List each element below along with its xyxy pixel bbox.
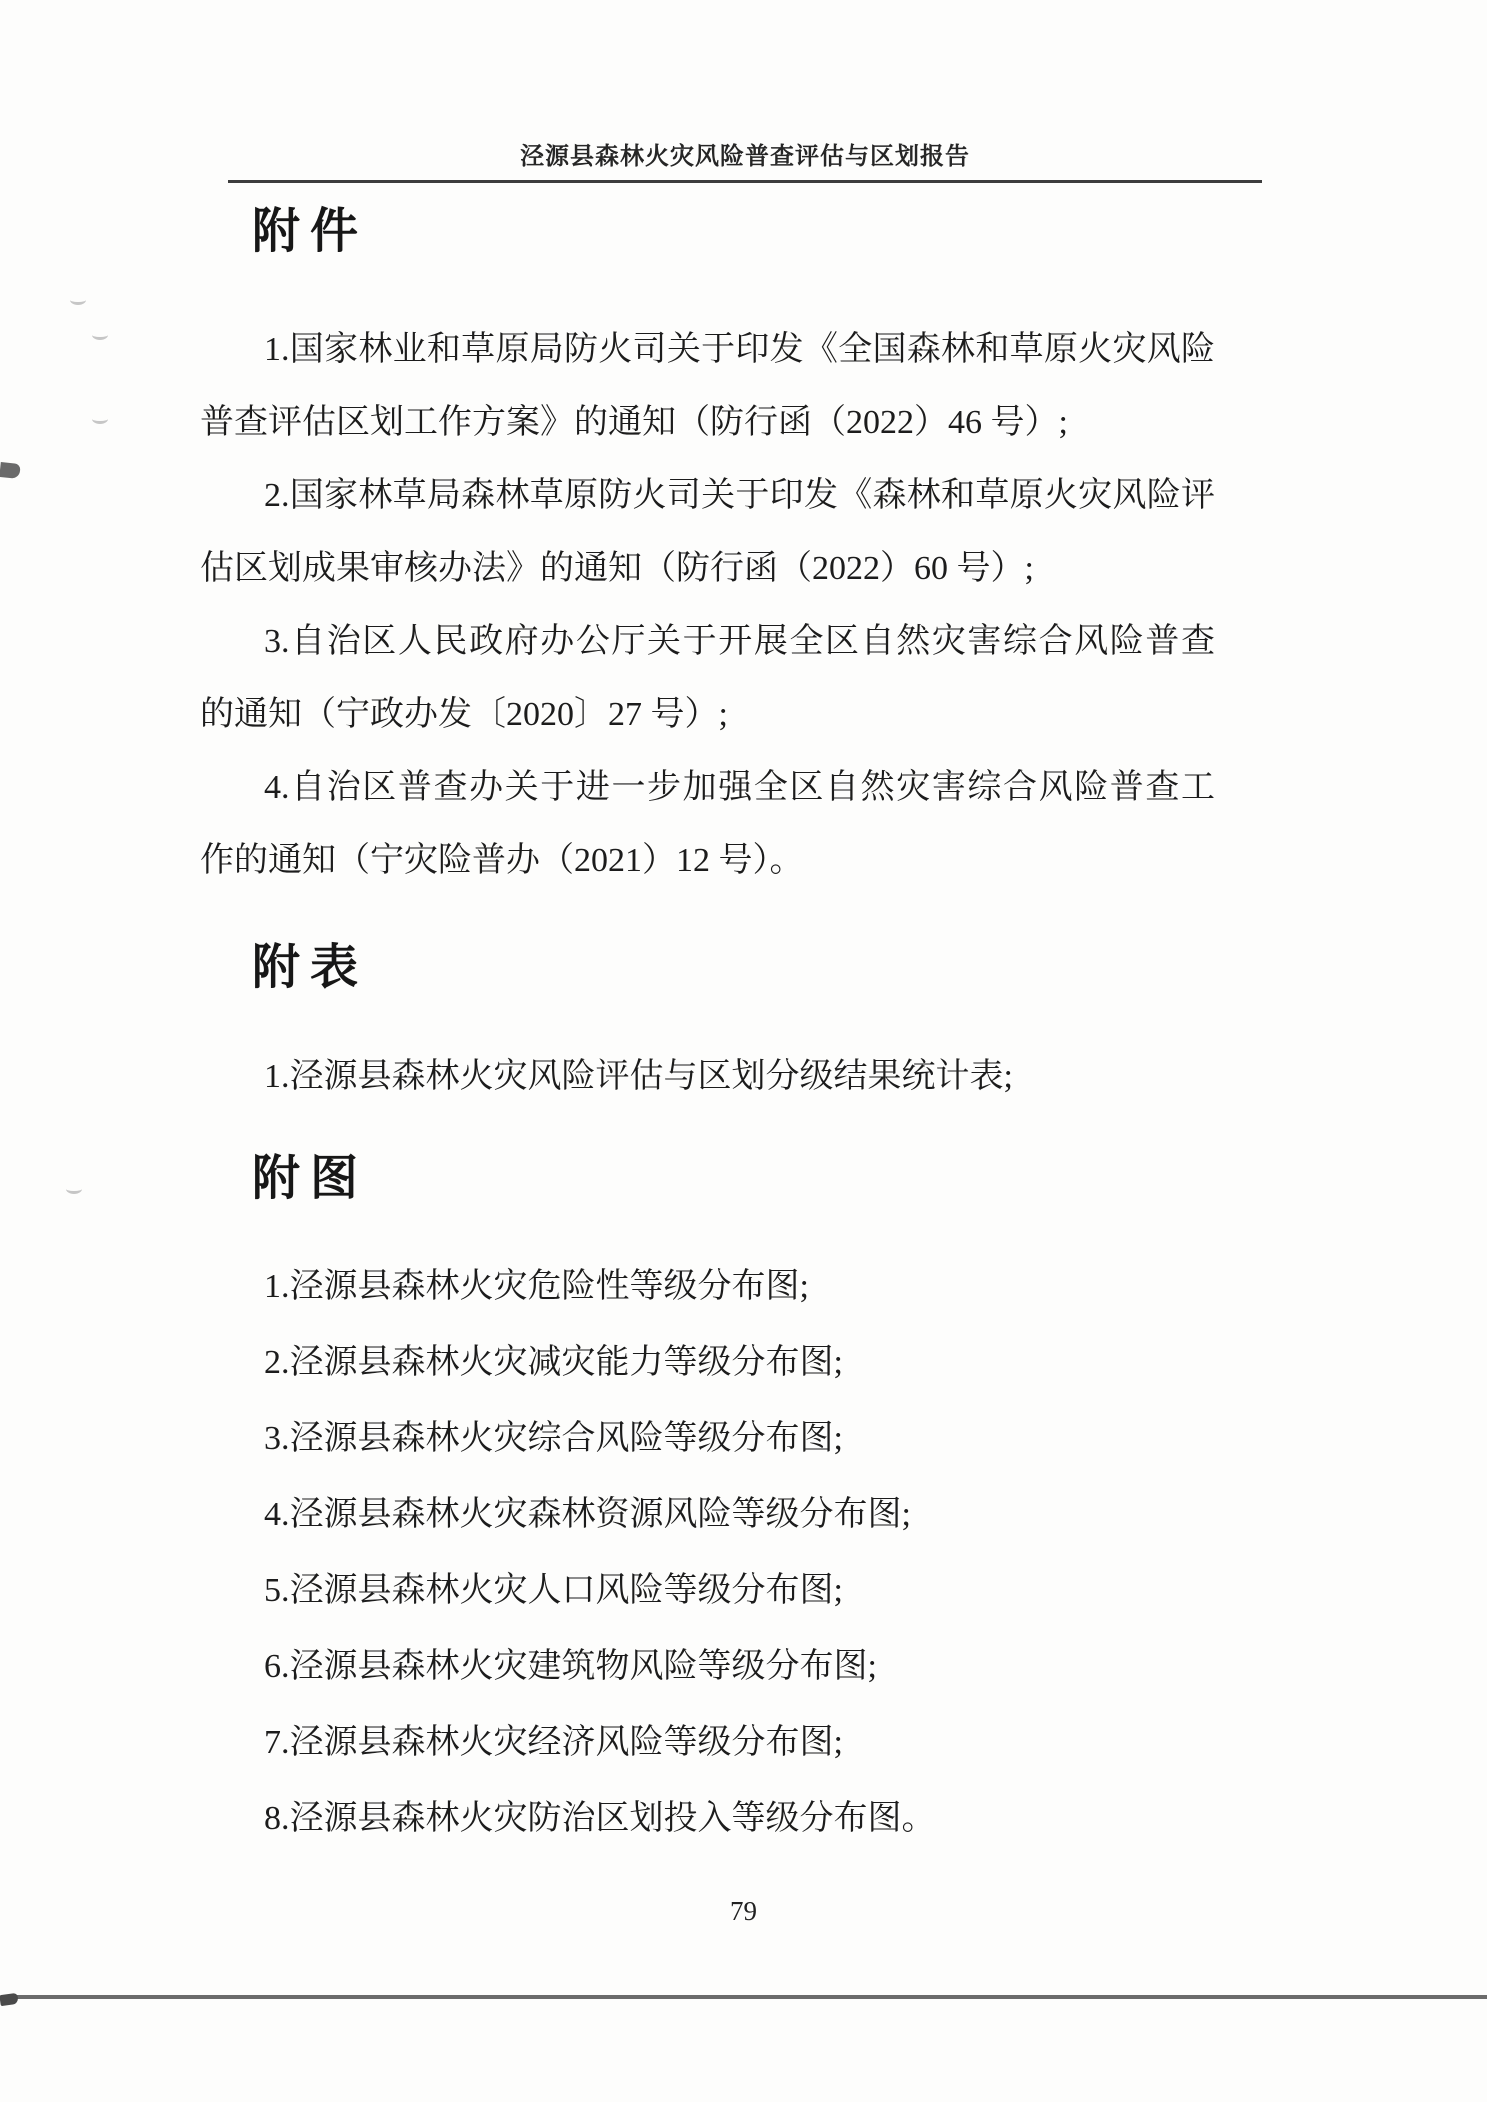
figure-list-item: 2.泾源县森林火灾减灾能力等级分布图; [200, 1325, 1215, 1401]
scan-artifact [66, 1184, 82, 1194]
scan-artifact [70, 295, 86, 305]
attachment-item-line: 作的通知（宁灾险普办（2021）12 号）。 [200, 824, 1215, 897]
attachments-list: 1.国家林业和草原局防火司关于印发《全国森林和草原火灾风险 普查评估区划工作方案… [200, 313, 1215, 897]
document-page: 泾源县森林火灾风险普查评估与区划报告 附件 1.国家林业和草原局防火司关于印发《… [0, 0, 1487, 2102]
section-heading-attachments: 附件 [252, 206, 368, 259]
section-heading-figures: 附图 [252, 1153, 368, 1206]
attachment-item-line: 1.国家林业和草原局防火司关于印发《全国森林和草原火灾风险 [200, 313, 1215, 386]
footer-rule-edge-mark [0, 1993, 19, 2006]
figures-list: 1.泾源县森林火灾危险性等级分布图; 2.泾源县森林火灾减灾能力等级分布图; 3… [200, 1249, 1215, 1857]
attachment-item-line: 估区划成果审核办法》的通知（防行函（2022）60 号）; [200, 532, 1215, 605]
attachment-item-line: 2.国家林草局森林草原防火司关于印发《森林和草原火灾风险评 [200, 459, 1215, 532]
footer-rule [10, 1995, 1487, 1999]
scan-artifact [92, 414, 108, 424]
figure-list-item: 1.泾源县森林火灾危险性等级分布图; [200, 1249, 1215, 1325]
table-list-item: 1.泾源县森林火灾风险评估与区划分级结果统计表; [200, 1040, 1215, 1113]
attachment-item-line: 普查评估区划工作方案》的通知（防行函（2022）46 号）; [200, 386, 1215, 459]
scan-artifact [0, 462, 21, 479]
figure-list-item: 5.泾源县森林火灾人口风险等级分布图; [200, 1553, 1215, 1629]
figure-list-item: 8.泾源县森林火灾防治区划投入等级分布图。 [200, 1781, 1215, 1857]
figure-list-item: 6.泾源县森林火灾建筑物风险等级分布图; [200, 1629, 1215, 1705]
scan-artifact [92, 330, 108, 340]
section-heading-tables: 附表 [252, 942, 368, 995]
figure-list-item: 4.泾源县森林火灾森林资源风险等级分布图; [200, 1477, 1215, 1553]
figure-list-item: 7.泾源县森林火灾经济风险等级分布图; [200, 1705, 1215, 1781]
page-number: 79 [0, 1896, 1487, 1927]
running-header-title: 泾源县森林火灾风险普查评估与区划报告 [228, 136, 1262, 171]
attachment-item-line: 的通知（宁政办发〔2020〕27 号）; [200, 678, 1215, 751]
attachment-item-line: 3.自治区人民政府办公厅关于开展全区自然灾害综合风险普查 [200, 605, 1215, 678]
figure-list-item: 3.泾源县森林火灾综合风险等级分布图; [200, 1401, 1215, 1477]
header-rule [228, 180, 1262, 183]
tables-list: 1.泾源县森林火灾风险评估与区划分级结果统计表; [200, 1040, 1215, 1113]
attachment-item-line: 4.自治区普查办关于进一步加强全区自然灾害综合风险普查工 [200, 751, 1215, 824]
